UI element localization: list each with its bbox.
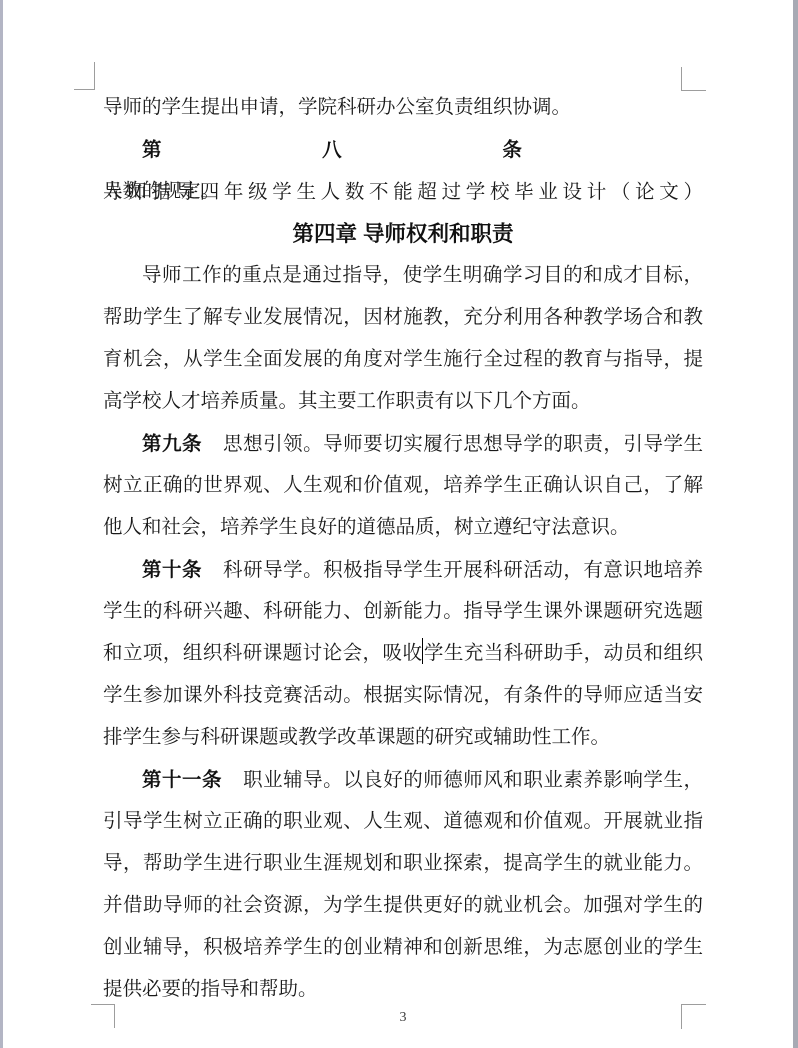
document-page: 导师的学生提出申请，学院科研办公室负责组织协调。第八条导师指导四年级学生人数不能… xyxy=(0,0,798,1048)
text-line[interactable]: 导师工作的重点是通过指导，使学生明确学习目的和成才目标， xyxy=(103,255,703,297)
page-right-edge xyxy=(793,0,798,1048)
text-boundary-mark-top-left xyxy=(74,62,95,90)
text-line[interactable]: 第十条科研导学。积极指导学生开展科研活动，有意识地培养 xyxy=(103,549,703,591)
text-line[interactable]: 树立正确的世界观、人生观和价值观，培养学生正确认识自己，了解 xyxy=(103,465,703,507)
text-line[interactable]: 提供必要的指导和帮助。 xyxy=(103,969,703,1011)
text-cursor xyxy=(422,638,423,664)
text-line[interactable]: 和立项，组织科研课题讨论会，吸收学生充当科研助手，动员和组织 xyxy=(103,633,703,675)
text-line[interactable]: 创业辅导，积极培养学生的创业精神和创新思维，为志愿创业的学生 xyxy=(103,927,703,969)
article-number: 第九条 xyxy=(142,433,202,455)
document-text-area[interactable]: 导师的学生提出申请，学院科研办公室负责组织协调。第八条导师指导四年级学生人数不能… xyxy=(103,87,703,1011)
text-line[interactable]: 第九条思想引领。导师要切实履行思想导学的职责，引导学生 xyxy=(103,423,703,465)
text-line[interactable]: 引导学生树立正确的职业观、人生观、道德观和价值观。开展就业指 xyxy=(103,801,703,843)
chapter-heading[interactable]: 第四章 导师权利和职责 xyxy=(103,213,703,255)
text-line[interactable]: 排学生参与科研课题或教学改革课题的研究或辅助性工作。 xyxy=(103,717,703,759)
text-line[interactable]: 高学校人才培养质量。其主要工作职责有以下几个方面。 xyxy=(103,381,703,423)
article-number: 第八条 xyxy=(142,139,683,161)
text-line[interactable]: 他人和社会，培养学生良好的道德品质，树立遵纪守法意识。 xyxy=(103,507,703,549)
text-line[interactable]: 并借助导师的社会资源，为学生提供更好的就业机会。加强对学生的 xyxy=(103,885,703,927)
text-line[interactable]: 帮助学生了解专业发展情况，因材施教，充分利用各种教学场合和教 xyxy=(103,297,703,339)
text-line[interactable]: 第十一条职业辅导。以良好的师德师风和职业素养影响学生， xyxy=(103,759,703,801)
text-line[interactable]: 导师的学生提出申请，学院科研办公室负责组织协调。 xyxy=(103,87,703,129)
text-line[interactable]: 育机会，从学生全面发展的角度对学生施行全过程的教育与指导，提 xyxy=(103,339,703,381)
page-left-edge xyxy=(0,0,3,1048)
article-number: 第十条 xyxy=(142,559,202,581)
text-line[interactable]: 学生参加课外科技竞赛活动。根据实际情况，有条件的导师应适当安 xyxy=(103,675,703,717)
text-line[interactable]: 导，帮助学生进行职业生涯规划和职业探索，提高学生的就业能力。 xyxy=(103,843,703,885)
page-number: 3 xyxy=(103,1010,703,1026)
text-line[interactable]: 学生的科研兴趣、科研能力、创新能力。指导学生课外课题研究选题 xyxy=(103,591,703,633)
article-number: 第十一条 xyxy=(142,769,222,791)
text-line[interactable]: 第八条导师指导四年级学生人数不能超过学校毕业设计（论文） xyxy=(103,129,703,171)
